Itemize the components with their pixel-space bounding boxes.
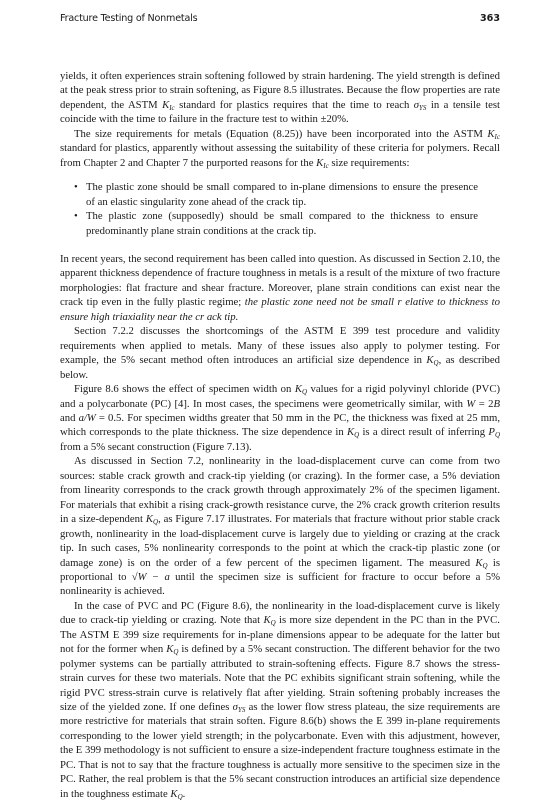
paragraph-3: In recent years, the second requirement … <box>60 252 500 324</box>
math-symbol: KIc <box>316 157 329 169</box>
math-symbol: KIc <box>162 99 175 111</box>
italic-emphasis: the plastic zone need not be small r ela… <box>60 296 500 322</box>
math-symbol: KQ <box>166 643 178 655</box>
math-symbol: σYS <box>414 99 427 111</box>
paragraph-5: Figure 8.6 shows the effect of specimen … <box>60 382 500 454</box>
math-symbol: KQ <box>170 788 182 800</box>
paragraph-2: The size requirements for metals (Equati… <box>60 127 500 170</box>
bullet-item: The plastic zone should be small compare… <box>86 180 500 209</box>
body-text: yields, it often experiences strain soft… <box>60 69 500 800</box>
bullet-item: The plastic zone (supposedly) should be … <box>86 209 500 238</box>
paragraphs-before-list: yields, it often experiences strain soft… <box>60 69 500 170</box>
page-number: 363 <box>480 13 500 24</box>
math-symbol: KQ <box>295 383 307 395</box>
running-header: Fracture Testing of Nonmetals 363 <box>60 13 500 27</box>
math-symbol: KQ <box>146 513 158 525</box>
math-symbol: W <box>466 398 475 410</box>
math-symbol: KQ <box>347 426 359 438</box>
math-symbol: KQ <box>263 614 275 626</box>
math-symbol: KIc <box>487 128 500 140</box>
math-symbol: B <box>493 398 500 410</box>
math-symbol: KQ <box>426 354 438 366</box>
math-symbol: KQ <box>475 557 487 569</box>
paragraph-4: Section 7.2.2 discusses the shortcomings… <box>60 324 500 382</box>
running-title: Fracture Testing of Nonmetals <box>60 13 197 24</box>
paragraph-7: In the case of PVC and PC (Figure 8.6), … <box>60 599 500 800</box>
paragraphs-after-list: In recent years, the second requirement … <box>60 252 500 800</box>
paragraph-6: As discussed in Section 7.2, nonlinearit… <box>60 454 500 599</box>
math-symbol: a/W <box>79 412 96 424</box>
math-symbol: σYS <box>233 701 246 713</box>
paragraph-1: yields, it often experiences strain soft… <box>60 69 500 127</box>
requirements-list: The plastic zone should be small compare… <box>60 180 500 238</box>
math-symbol: PQ <box>488 426 500 438</box>
math-symbol: W − a <box>138 571 170 583</box>
